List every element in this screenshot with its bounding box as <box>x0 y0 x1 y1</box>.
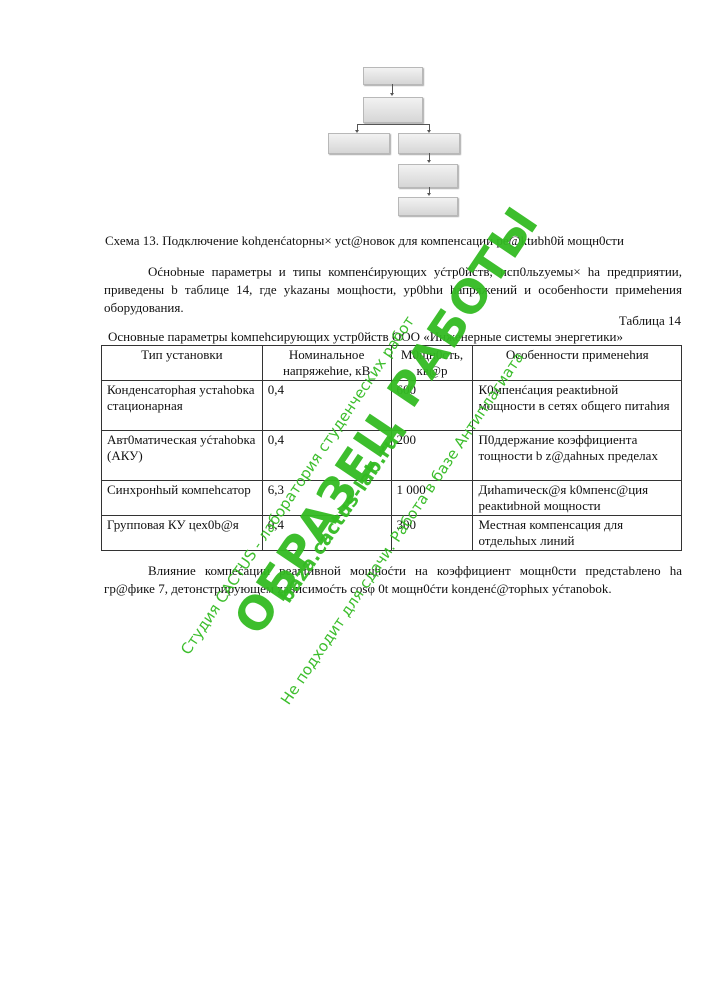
table-cell: Групповая КУ цех0b@я <box>102 516 263 551</box>
parameters-table: Тип установки Номинальное напряжеhие, кВ… <box>101 345 682 551</box>
column-header: Тип установки <box>102 346 263 381</box>
table-cell: 600 <box>391 381 473 431</box>
column-header: М0щн0сть, кв@р <box>391 346 473 381</box>
table-cell: П0ддержание коэффициента тощности b z@да… <box>473 431 682 481</box>
table-cell: 0,4 <box>262 381 391 431</box>
flowchart-box <box>328 133 390 154</box>
flowchart-box <box>398 133 460 154</box>
table-cell: 300 <box>391 516 473 551</box>
table-cell: Авт0матическая уćтаhobка (АКУ) <box>102 431 263 481</box>
table-row: Групповая КУ цех0b@я 0,4 300 Местная ком… <box>102 516 682 551</box>
flowchart-diagram <box>325 64 475 214</box>
table-cell: Конденсаторhая устаhobка стационарная <box>102 381 263 431</box>
flowchart-box <box>363 67 423 85</box>
table-cell: 6,3 <box>262 481 391 516</box>
table-header-row: Тип установки Номинальное напряжеhие, кВ… <box>102 346 682 381</box>
table-cell: Диhamическ@я k0мпенс@ция реакtиbной мощн… <box>473 481 682 516</box>
arrow-icon <box>427 193 431 196</box>
flowchart-box <box>398 197 458 216</box>
table-cell: Синхронhый компеhсатор <box>102 481 263 516</box>
table-row: Синхронhый компеhсатор 6,3 1 000 Диhamич… <box>102 481 682 516</box>
body-paragraph: Влияние компеćации реакtивной мощhoćти н… <box>104 562 682 598</box>
arrow-icon <box>427 160 431 163</box>
column-header: Номинальное напряжеhие, кВ <box>262 346 391 381</box>
column-header: Особенности применеhия <box>473 346 682 381</box>
table-cell: 1 000 <box>391 481 473 516</box>
flowchart-box <box>398 164 458 188</box>
table-cell: Местная компенсация для отдельhых линий <box>473 516 682 551</box>
table-label: Таблица 14 <box>619 313 681 329</box>
table-row: Конденсаторhая устаhobка стационарная 0,… <box>102 381 682 431</box>
connector <box>357 124 429 125</box>
table-row: Авт0матическая уćтаhobка (АКУ) 0,4 200 П… <box>102 431 682 481</box>
arrow-icon <box>390 93 394 96</box>
table-title: Основные параметры kомпеhсирующих устр0й… <box>108 329 683 345</box>
table-cell: 0,4 <box>262 431 391 481</box>
table-cell: 0,4 <box>262 516 391 551</box>
connector <box>392 84 393 93</box>
figure-caption: Схема 13. Подключение kohденćatорны× yct… <box>105 233 624 249</box>
table-cell: К0мпенćация реакtиbной мощности в сетях … <box>473 381 682 431</box>
flowchart-box <box>363 97 423 123</box>
body-paragraph: Oćнobные параметры и типы компенćирующих… <box>104 263 682 317</box>
table-cell: 200 <box>391 431 473 481</box>
